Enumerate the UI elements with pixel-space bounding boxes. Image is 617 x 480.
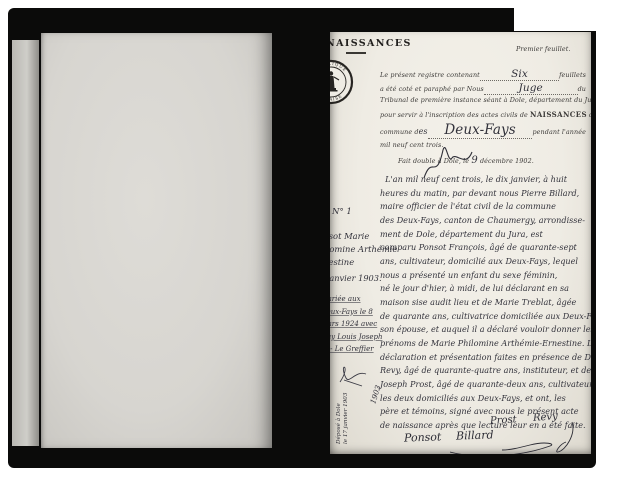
sheet-label: Premier feuillet.: [516, 45, 571, 53]
preamble-line-1: Le présent registre contenant Six feuill…: [380, 68, 586, 82]
act-number: N° 1: [332, 207, 352, 217]
fill-signataire: Juge: [519, 82, 543, 94]
deposit-stamp: Déposé à Dole le 17 janvier 1903: [336, 393, 350, 444]
register-right-page: NAISSANCES Premier feuillet. RÉPUBLIQUE …: [330, 32, 591, 454]
blank-left-page: [41, 33, 272, 448]
preamble-4-post: dans la: [589, 111, 591, 119]
signature-father-ponsot: Ponsot: [404, 430, 442, 444]
fait-double-post: décembre 1902.: [480, 157, 534, 165]
register-title: NAISSANCES: [330, 38, 412, 49]
margin-marriage-note: mariée aux Deux-Fays le 8 mars 1924 avec…: [330, 293, 382, 356]
republique-francaise-seal-icon: RÉPUBLIQUE FRANÇAISE: [330, 58, 355, 106]
billard-signature-flourish: [450, 440, 560, 454]
preamble-1-blank: Six: [480, 68, 559, 81]
margin-child-name: Ponsot Marie Philomine Arthémie Ernestin…: [330, 230, 397, 269]
preamble-5-blank: Deux-Fays: [428, 122, 533, 139]
preamble-line-2: a été coté et paraphé par Nous Juge du: [380, 82, 586, 96]
scanned-register-page: NAISSANCES Premier feuillet. RÉPUBLIQUE …: [0, 0, 617, 480]
preamble-2-pre: a été coté et paraphé par Nous: [380, 85, 484, 93]
greffier-paraph-flourish: [336, 360, 370, 390]
signature-witness-prost: Prost: [490, 414, 517, 426]
preamble-1-pre: Le présent registre contenant: [380, 71, 480, 79]
fill-commune-article: es: [419, 127, 428, 136]
fill-commune-name: Deux-Fays: [444, 122, 515, 138]
scan-edge-cutout: [514, 0, 617, 31]
preamble-1-post: feuillets: [559, 71, 586, 79]
book-page-block-edge: [12, 40, 39, 446]
preamble-line-5: commune d es Deux-Fays pendant l'année: [380, 122, 586, 140]
preamble-2-post: du: [578, 85, 586, 93]
title-divider: [346, 52, 366, 54]
preamble-4-pre: pour servir à l'inscription des actes ci…: [380, 111, 528, 119]
preamble-line-3: Tribunal de première instance séant à Do…: [380, 96, 586, 110]
fill-feuillet-count: Six: [511, 68, 528, 80]
preamble-5-pre: commune d: [380, 128, 419, 136]
preamble-4-acte-type: NAISSANCES: [530, 110, 587, 119]
preamble-2-blank: Juge: [484, 82, 578, 95]
preamble-5-post: pendant l'année: [532, 128, 586, 136]
preamble-line-6: mil neuf cent trois.: [380, 141, 586, 155]
birth-act-text: L'an mil neuf cent trois, le dix janvier…: [380, 173, 591, 432]
margin-act-date: 9 janvier 1903.: [330, 273, 382, 283]
